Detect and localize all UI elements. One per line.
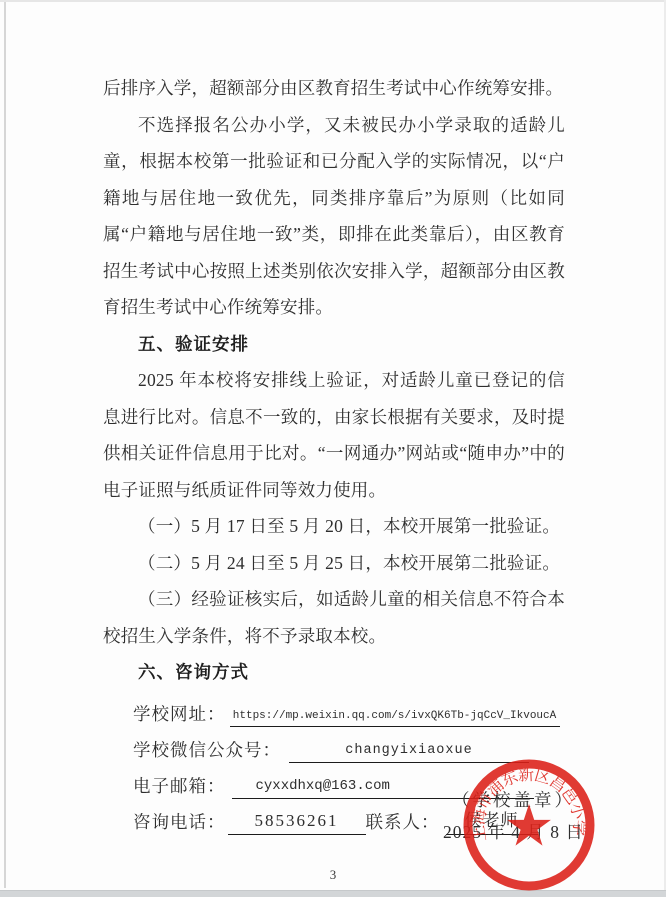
phone-value-underlined: 58536261	[228, 810, 366, 834]
signature-date: 2025 年 4 月 8 日	[443, 819, 584, 844]
section5-paragraph: 2025 年本校将安排线上验证，对适龄儿童已登记的信息进行比对。信息不一致的，由…	[103, 362, 565, 508]
scanned-document-page: 后排序入学，超额部分由区教育招生考试中心作统筹安排。 不选择报名公办小学，又未被…	[0, 0, 666, 897]
wechat-value-underlined: changyixiaoxue	[289, 743, 529, 763]
contact-row-wechat: 学校微信公众号： changyixiaoxue	[133, 727, 565, 763]
contact-row-website: 学校网址： https://mp.weixin.qq.com/s/ivxQK6T…	[133, 691, 565, 727]
person-label: 联系人：	[366, 812, 440, 835]
paragraph-continuation: 后排序入学，超额部分由区教育招生考试中心作统筹安排。	[103, 70, 565, 107]
section5-item-3: （三）经验证核实后，如适龄儿童的相关信息不符合本校招生入学条件，将不予录取本校。	[103, 581, 565, 654]
website-value-underlined: https://mp.weixin.qq.com/s/ivxQK6Tb-jqCc…	[230, 710, 560, 727]
email-label: 电子邮箱：	[133, 776, 226, 799]
website-label: 学校网址：	[133, 704, 226, 727]
section5-item-1: （一）5 月 17 日至 5 月 20 日，本校开展第一批验证。	[103, 508, 565, 545]
paragraph-allocation-rule: 不选择报名公办小学，又未被民办小学录取的适龄儿童，根据本校第一批验证和已分配入学…	[103, 107, 565, 326]
wechat-label: 学校微信公众号：	[133, 740, 281, 763]
page-number: 3	[0, 867, 666, 883]
phone-label: 咨询电话：	[133, 812, 226, 835]
section5-heading: 五、验证安排	[103, 326, 565, 363]
scan-edge-left	[4, 2, 6, 888]
section5-item-2: （二）5 月 24 日至 5 月 25 日，本校开展第二批验证。	[103, 545, 565, 582]
scan-edge-bottom	[0, 890, 666, 897]
scan-edge-top	[0, 0, 666, 2]
section6-heading: 六、咨询方式	[103, 654, 565, 691]
document-body: 后排序入学，超额部分由区教育招生考试中心作统筹安排。 不选择报名公办小学，又未被…	[103, 70, 565, 835]
school-seal-note: （学校盖章）	[452, 787, 575, 812]
